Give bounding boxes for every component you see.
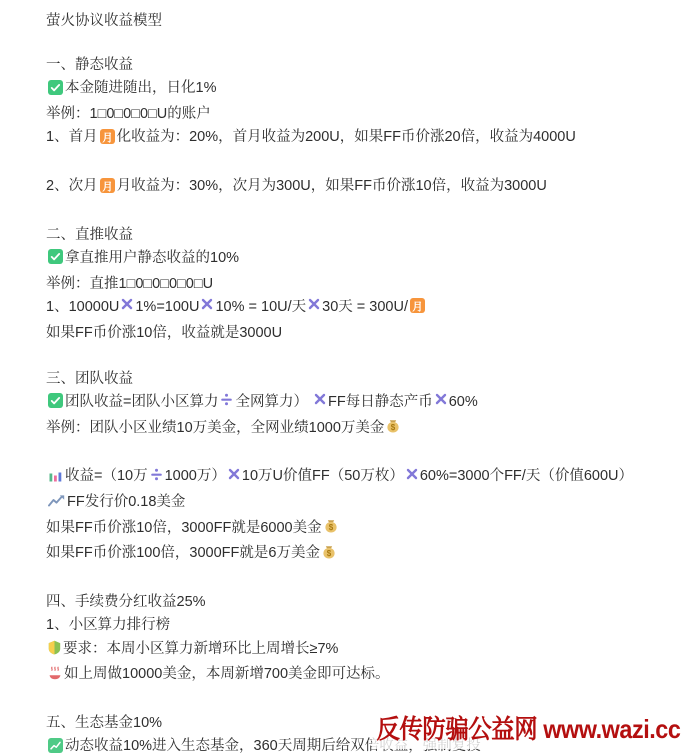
svg-text:$: $	[327, 549, 332, 558]
text-run: 一、静态收益	[46, 57, 133, 73]
text-run: 如上周做10000美金，本周新增700美金即可达标。	[64, 666, 390, 682]
chart-up-icon	[48, 494, 65, 517]
text-line: 如果FF币价涨10倍，收益就是3000U	[46, 322, 668, 345]
month-icon: 月	[410, 298, 425, 321]
hot-springs-icon	[48, 666, 62, 689]
text-run: 要求：本周小区算力新增环比上周增长≥7%	[63, 641, 338, 657]
section-heading: 二、直推收益	[46, 224, 668, 247]
text-line: 如果FF币价涨10倍，3000FF就是6000美金$	[46, 517, 668, 543]
money-bag-icon: $	[322, 545, 336, 568]
text-run: 2、次月	[46, 178, 98, 194]
chart-yen-icon	[48, 738, 63, 754]
text-line: 如上周做10000美金，本周新增700美金即可达标。	[46, 663, 668, 689]
text-run: FF每日静态产币	[328, 394, 433, 410]
text-run: 10万U价值FF（50万枚）	[242, 468, 404, 484]
multiply-icon	[406, 468, 418, 491]
text-run: 如果FF币价涨10倍，收益就是3000U	[46, 325, 282, 341]
text-run: 1、小区算力排行榜	[46, 617, 170, 633]
document-body: 一、静态收益本金随进随出，日化1%举例：1□0□0□0□U的账户1、首月月化收益…	[46, 54, 671, 754]
section-heading: 四、手续费分红收益25%	[46, 591, 668, 614]
text-run: 30天 = 300U/	[322, 299, 408, 315]
text-run: 月收益为：30%，次月为300U，如果FF币价涨10倍，收益为3000U	[117, 178, 547, 194]
text-run: 举例：团队小区业绩10万美金，全网业绩1000万美金	[46, 420, 384, 436]
text-line: 1、10000U1%=100U10% = 10U/天30天 = 300U/月	[46, 296, 668, 322]
text-line: 1、首月月化收益为：20%，首月收益为200U，如果FF币价涨20倍，收益为40…	[46, 126, 668, 152]
text-line: 本金随进随出，日化1%	[46, 77, 668, 103]
text-run: 1、首月	[46, 129, 98, 145]
text-run: 团队收益=团队小区算力	[65, 394, 218, 410]
anti-fraud-watermark: 反传防骗公益网 www.wazi.cc	[372, 706, 682, 749]
check-icon	[48, 249, 63, 272]
text-line: 举例：1□0□0□0□U的账户	[46, 103, 668, 126]
text-run: 收益=（10万	[65, 468, 148, 484]
svg-text:月: 月	[102, 179, 113, 192]
text-run: 1%=100U	[135, 299, 199, 315]
text-run: 本金随进随出，日化1%	[65, 80, 216, 96]
money-bag-icon: $	[386, 419, 400, 442]
text-run: 三、团队收益	[46, 371, 133, 387]
text-run: 全网算力）	[235, 394, 312, 410]
divide-icon	[150, 468, 163, 491]
text-line: 2、次月月月收益为：30%，次月为300U，如果FF币价涨10倍，收益为3000…	[46, 175, 668, 201]
text-run: 1000万）	[165, 468, 226, 484]
text-run: 如果FF币价涨10倍，3000FF就是6000美金	[46, 520, 322, 536]
multiply-icon	[228, 468, 240, 491]
document-page: 萤火协议收益模型 一、静态收益本金随进随出，日化1%举例：1□0□0□0□U的账…	[0, 0, 691, 754]
svg-text:$: $	[391, 423, 396, 432]
multiply-icon	[435, 393, 447, 416]
month-icon: 月	[100, 178, 115, 201]
money-bag-icon: $	[324, 519, 338, 542]
text-run: 化收益为：20%，首月收益为200U，如果FF币价涨20倍，收益为4000U	[117, 129, 576, 145]
text-run: 二、直推收益	[46, 227, 133, 243]
multiply-icon	[121, 298, 133, 321]
check-icon	[48, 80, 63, 103]
multiply-icon	[201, 298, 213, 321]
text-run: 60%=3000个FF/天（价值600U）	[420, 468, 633, 484]
text-run: 举例：1□0□0□0□U的账户	[46, 106, 211, 122]
svg-text:$: $	[328, 523, 333, 532]
text-run: 60%	[449, 394, 478, 410]
divide-icon	[220, 393, 233, 416]
text-line: 收益=（10万1000万）10万U价值FF（50万枚）60%=3000个FF/天…	[46, 465, 668, 491]
text-run: 四、手续费分红收益25%	[46, 594, 206, 610]
text-run: 举例：直推1□0□0□0□0□U	[46, 276, 213, 292]
bar-chart-icon	[48, 468, 63, 491]
beginner-icon	[48, 640, 61, 663]
text-line: 1、小区算力排行榜	[46, 614, 668, 637]
document-title: 萤火协议收益模型	[46, 10, 671, 33]
text-line: 要求：本周小区算力新增环比上周增长≥7%	[46, 638, 668, 664]
text-run: 五、生态基金10%	[46, 715, 162, 731]
section-heading: 三、团队收益	[46, 368, 668, 391]
text-run: 1、10000U	[46, 299, 119, 315]
month-icon: 月	[100, 129, 115, 152]
text-line: 举例：直推1□0□0□0□0□U	[46, 273, 668, 296]
svg-text:月: 月	[412, 300, 423, 313]
text-run: 拿直推用户静态收益的10%	[65, 250, 239, 266]
text-run: FF发行价0.18美金	[67, 494, 185, 510]
text-run: 10% = 10U/天	[215, 299, 306, 315]
text-line: FF发行价0.18美金	[46, 491, 668, 517]
svg-text:月: 月	[102, 131, 113, 144]
multiply-icon	[308, 298, 320, 321]
text-line: 举例：团队小区业绩10万美金，全网业绩1000万美金$	[46, 417, 668, 443]
section-heading: 一、静态收益	[46, 54, 668, 77]
check-icon	[48, 393, 63, 416]
multiply-icon	[314, 393, 326, 416]
text-line: 拿直推用户静态收益的10%	[46, 247, 668, 273]
text-line: 团队收益=团队小区算力全网算力） FF每日静态产币60%	[46, 391, 668, 417]
text-line: 如果FF币价涨100倍，3000FF就是6万美金$	[46, 542, 668, 568]
text-run: 如果FF币价涨100倍，3000FF就是6万美金	[46, 545, 320, 561]
